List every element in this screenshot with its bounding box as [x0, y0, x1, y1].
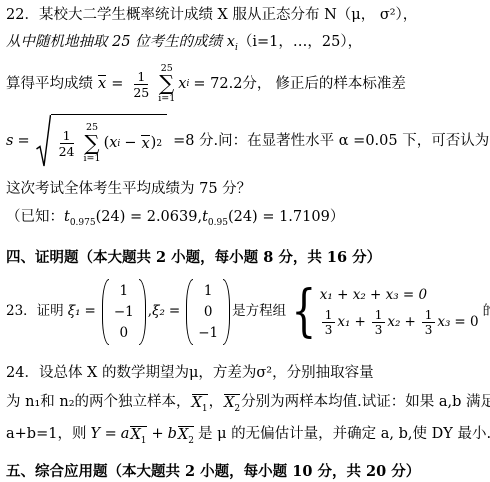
var-x: 从中随机地抽取 25 位考生的成绩 x [6, 34, 235, 50]
formula-sample-std: s = 124 25∑i=1 (xi − x)2 =8 分.问：在显著性水平 α… [6, 112, 488, 170]
x-bar-1-symbol: X1 [192, 394, 208, 412]
fraction-denominator: 3 [422, 323, 436, 337]
paren-right [223, 279, 230, 346]
t2-subscript: 0.95 [208, 218, 228, 228]
p24-line2-post: 分别为两样本均值.试证：如果 a,b 满足 [241, 392, 490, 413]
var-X: X [192, 395, 202, 411]
p24-line2-pre: 为 n₁和 n₂的两个独立样本， [6, 392, 191, 413]
equals-sign: = [17, 131, 29, 152]
x-bar-symbol: x [141, 135, 149, 153]
minus-sign: − [124, 133, 136, 154]
mean-prefix-text: 算得平均成绩 [6, 74, 93, 95]
fraction-1-3: 13 [322, 308, 336, 338]
vector-entry: −1 [114, 302, 134, 323]
p23-suffix-text: 的一个基础解系. [483, 302, 490, 322]
sum-lower-limit: i=1 [158, 94, 175, 104]
var-x-i: x [109, 133, 117, 154]
fraction-1-24: 124 [56, 128, 78, 159]
summation-symbol: 25∑i=1 [84, 123, 101, 164]
std-result-text: =8 分.问：在显著性水平 α =0.05 下，可否认为， [173, 131, 490, 152]
fraction-denominator: 3 [322, 323, 336, 337]
problem-24-line-3: a+b=1，则 Y = a X1 + b X2 是 μ 的无偏估计量，并确定 a… [6, 421, 488, 448]
square-root: 124 25∑i=1 (xi − x)2 [36, 114, 167, 168]
vector-entries: 10−1 [193, 279, 223, 346]
subscript-2: 2 [234, 404, 240, 414]
vector-entry: −1 [198, 323, 218, 344]
xi-1-symbol: ξ₁ [68, 302, 81, 322]
fraction-numerator: 1 [422, 308, 436, 323]
fraction-denominator: 24 [56, 144, 78, 159]
p23-mid-text: 是方程组 [232, 302, 286, 322]
fraction-1-3: 13 [372, 308, 386, 338]
vector-entry: 0 [120, 323, 129, 344]
fraction-denominator: 25 [130, 85, 152, 100]
equals-zero: = 0 [454, 313, 478, 333]
problem-24-line-1: 24．设总体 X 的数学期望为μ，方差为σ²，分别抽取容量 [6, 363, 488, 384]
system-equation-2: 13x₁ + 13x₂ + 13x₃ = 0 [320, 308, 479, 338]
xi-2-symbol: ξ₂ [152, 302, 165, 322]
fraction-1-3: 13 [422, 308, 436, 338]
var-x-i: x [178, 74, 186, 95]
x-bar-2-symbol: X2 [224, 394, 240, 412]
x-bar-1-symbol: X1 [130, 426, 146, 444]
t1-value: (24) = 2.0639, [96, 209, 202, 225]
plus-sign: + [152, 424, 164, 445]
problem-22-question: 这次考试全体考生平均成绩为 75 分？ [6, 179, 488, 200]
radical-icon [36, 114, 51, 168]
problem-22-line-2: 从中随机地抽取 25 位考生的成绩 xi（i=1，…，25）， [6, 32, 488, 53]
p23-prefix-text: 23．证明 [6, 302, 64, 322]
sigma-icon: ∑ [159, 74, 174, 94]
problem-23: 23．证明 ξ₁ = 1−10 , ξ₂ = 10−1 是方程组 { x₁ + … [6, 272, 488, 352]
vector-entry: 0 [204, 302, 213, 323]
paren-right [139, 279, 146, 346]
var-X: X [224, 395, 234, 411]
subscript-1: 1 [141, 436, 147, 446]
paren-left [102, 279, 109, 346]
fraction-numerator: 1 [372, 308, 386, 323]
plus-sign: + [404, 313, 415, 333]
var-x3: x₃ [437, 313, 450, 333]
p24-line3-pre: a+b=1，则 [6, 424, 86, 445]
summation-symbol: 25∑i=1 [158, 64, 175, 105]
x-bar-2-symbol: X2 [178, 426, 194, 444]
x-bar-symbol: x [98, 75, 106, 93]
column-vector-xi2: 10−1 [186, 279, 230, 346]
vector-entry: 1 [204, 281, 213, 302]
problem-22-line-1: 22．某校大二学生概率统计成绩 X 服从正态分布 N（μ， σ²）， [6, 5, 488, 26]
equation-system: x₁ + x₂ + x₃ = 0 13x₁ + 13x₂ + 13x₃ = 0 [320, 286, 479, 337]
equals-sign: = [85, 302, 96, 322]
fraction-numerator: 1 [60, 128, 74, 144]
known-open: （已知： [6, 209, 64, 225]
var-s: s [6, 131, 13, 152]
known-close: ） [330, 209, 345, 225]
exam-document-page: 22．某校大二学生概率统计成绩 X 服从正态分布 N（μ， σ²）， 从中随机地… [0, 0, 490, 482]
comma: ， [209, 392, 224, 413]
fraction-numerator: 1 [322, 308, 336, 323]
radicand: 124 25∑i=1 (xi − x)2 [51, 114, 167, 168]
fraction-numerator: 1 [134, 69, 148, 85]
column-vector-xi1: 1−10 [102, 279, 146, 346]
p24-line3-post: 是 μ 的无偏估计量，并确定 a, b,使 DY 最小. [198, 424, 490, 445]
section-4-heading: 四、证明题（本大题共 2 小题，每小题 8 分，共 16 分） [6, 247, 488, 268]
plus-sign: + [354, 313, 365, 333]
t1-subscript: 0.975 [70, 218, 96, 228]
var-Y-equals: Y = [90, 424, 116, 445]
subscript-1: 1 [202, 404, 208, 414]
subscript-2: 2 [188, 436, 194, 446]
vector-entries: 1−10 [109, 279, 139, 346]
mean-suffix-text: 修正后的样本标准差 [275, 74, 406, 95]
sigma-icon: ∑ [85, 134, 100, 154]
vector-entry: 1 [120, 281, 129, 302]
fraction-1-25: 125 [130, 69, 152, 100]
sum-lower-limit: i=1 [84, 154, 101, 164]
var-b: b [168, 424, 177, 445]
t2-value: (24) = 1.7109 [228, 209, 330, 225]
known-t-values: （已知：t0.975(24) = 2.0639,t0.95(24) = 1.71… [6, 207, 488, 228]
system-brace-icon: { [291, 287, 316, 337]
var-a: a [121, 424, 130, 445]
var-X: X [178, 427, 188, 443]
formula-sample-mean: 算得平均成绩 x = 125 25∑i=1 xi = 72.2分， 修正后的样本… [6, 58, 488, 110]
paren-left [186, 279, 193, 346]
equals-sign: = [111, 74, 123, 95]
mean-result-text: = 72.2分， [193, 74, 271, 95]
line-2-tail: （i=1，…，25）， [238, 34, 362, 50]
system-equation-1: x₁ + x₂ + x₃ = 0 [320, 286, 479, 306]
var-x1: x₁ [337, 313, 350, 333]
var-X: X [130, 427, 140, 443]
var-x2: x₂ [387, 313, 400, 333]
equals-sign: = [169, 302, 180, 322]
section-5-heading: 五、综合应用题（本大题共 2 小题，每小题 10 分，共 20 分） [6, 461, 488, 482]
problem-24-line-2: 为 n₁和 n₂的两个独立样本， X1 ， X2 分别为两样本均值.试证：如果 … [6, 389, 488, 416]
fraction-denominator: 3 [372, 323, 386, 337]
